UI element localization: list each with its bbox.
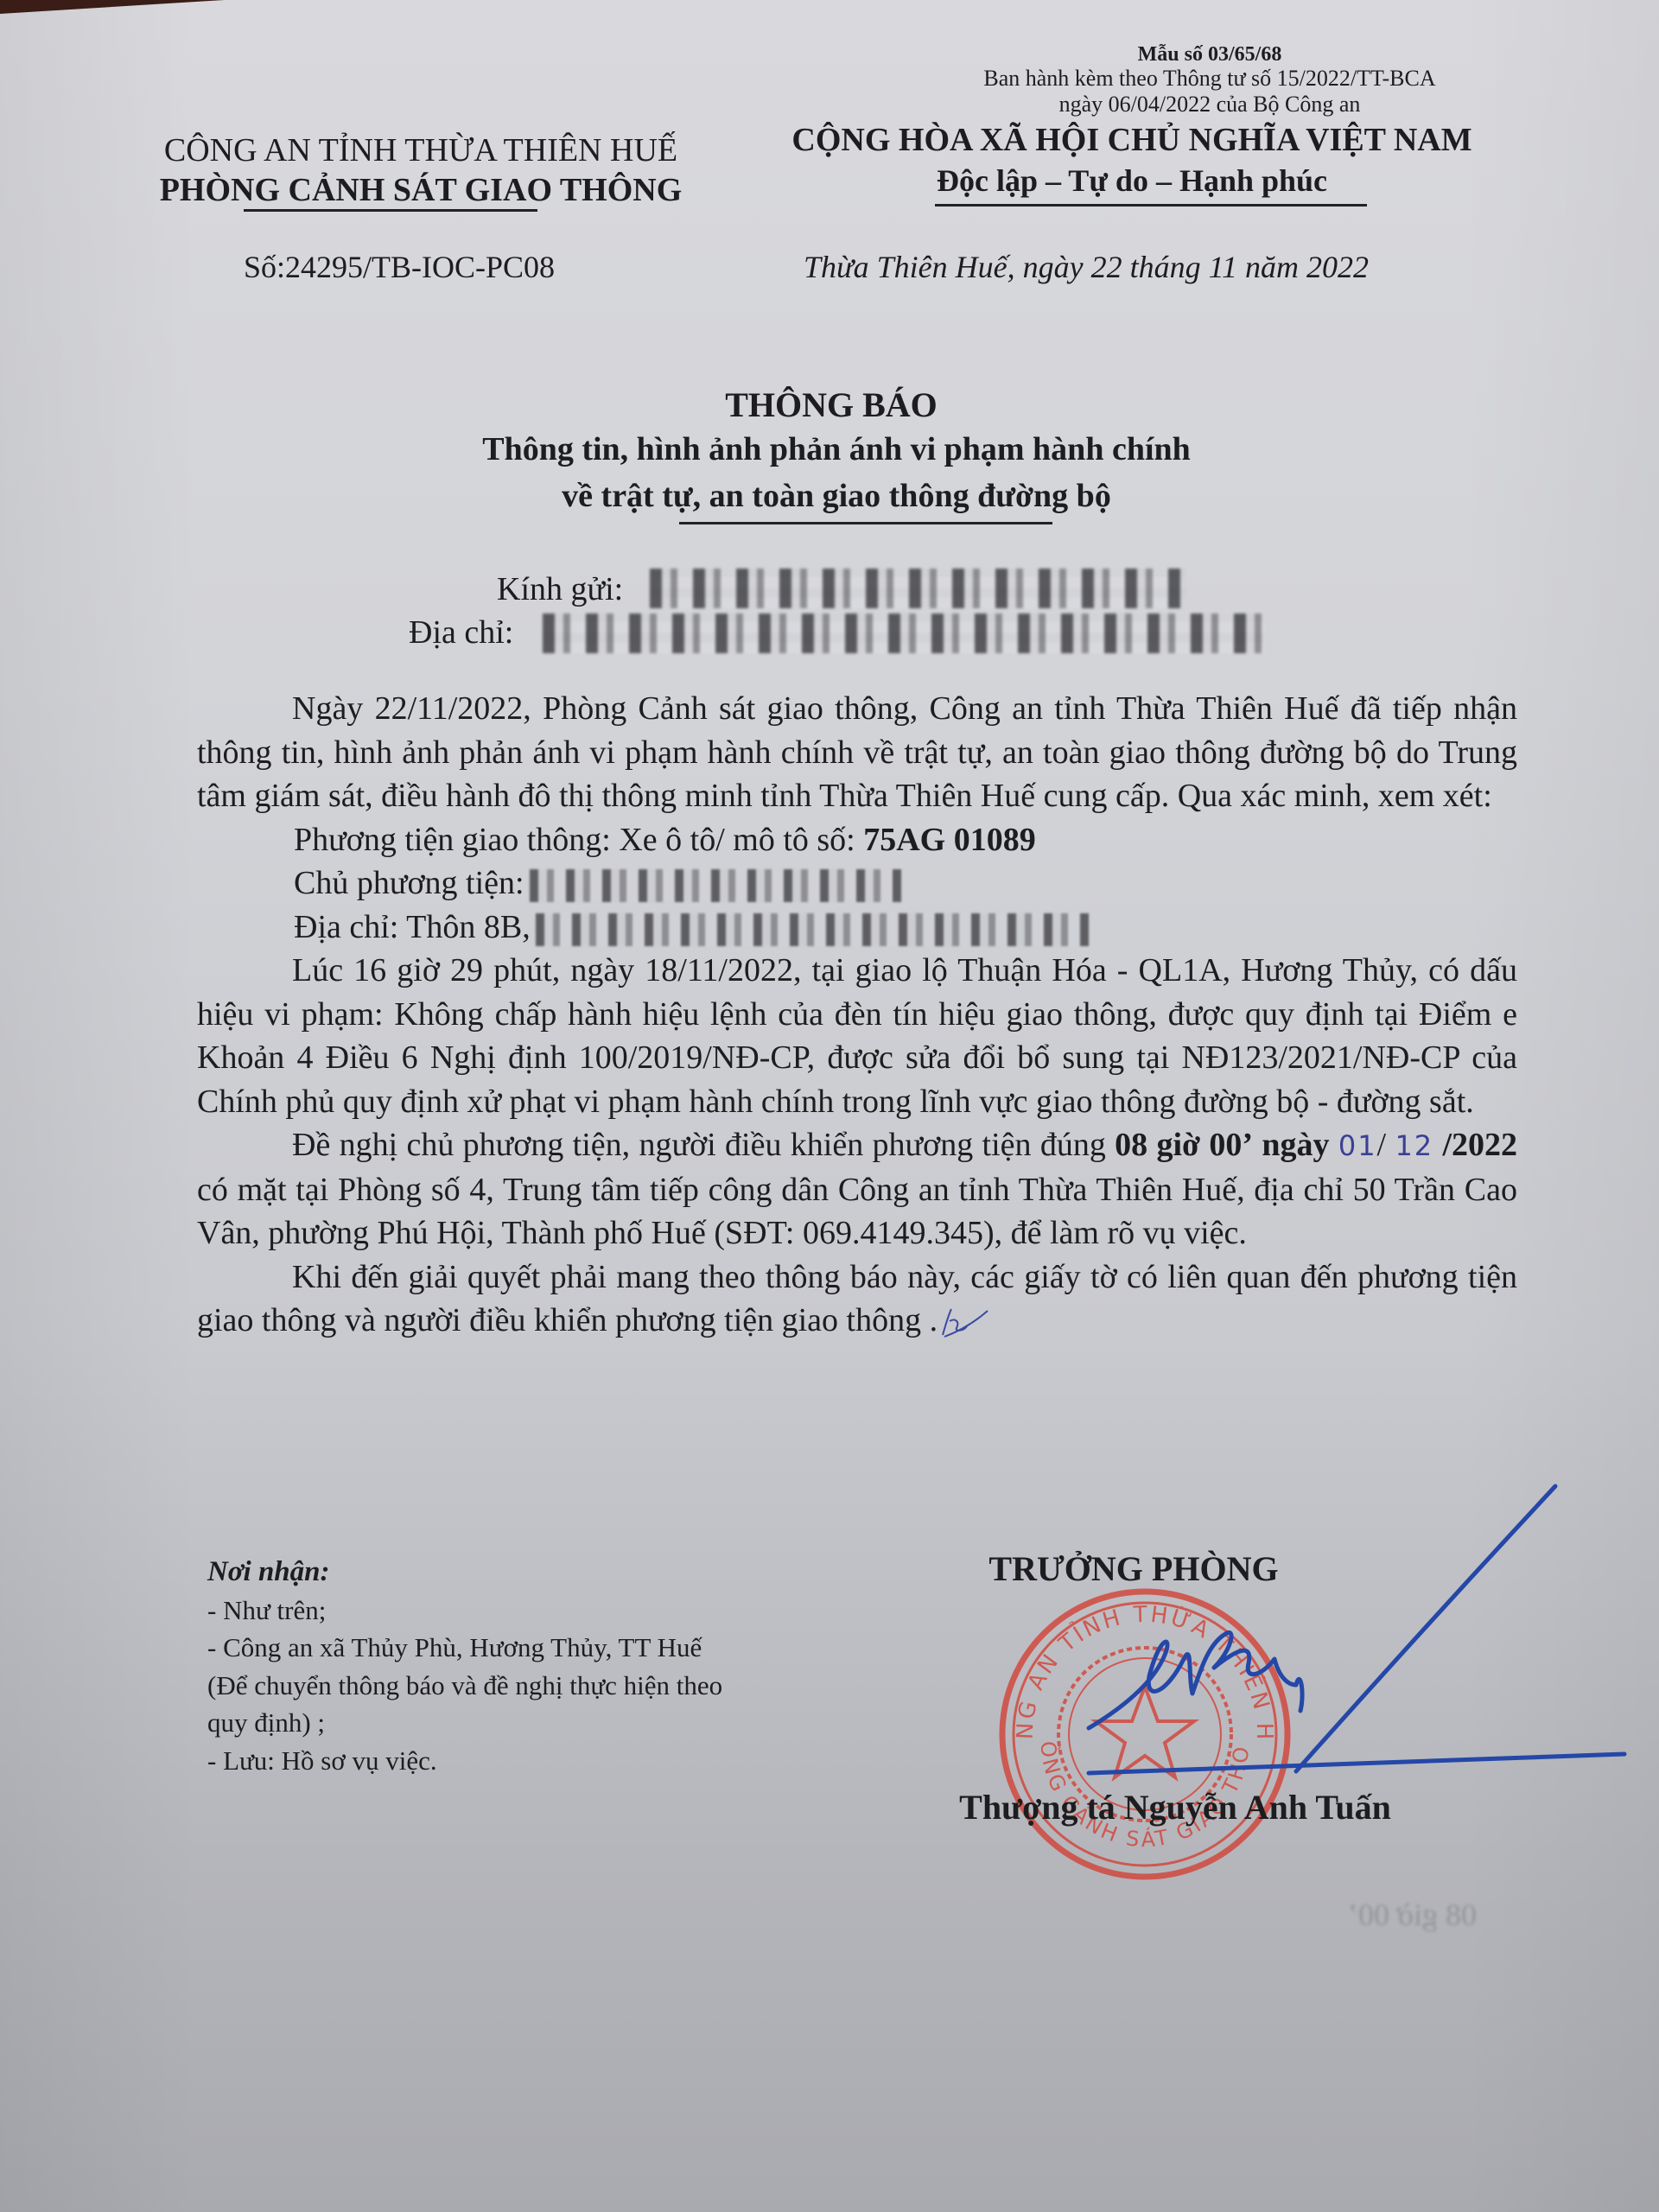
recipients-list: Nơi nhận: - Như trên; - Công an xã Thủy … <box>207 1554 722 1779</box>
title-underline <box>679 522 1052 524</box>
request-location: có mặt tại Phòng số 4, Trung tâm tiếp cô… <box>197 1172 1517 1252</box>
document-number: Số:24295/TB-IOC-PC08 <box>244 249 555 285</box>
recipient-item: - Như trên; <box>207 1592 722 1630</box>
violation-paragraph: Lúc 16 giờ 29 phút, ngày 18/11/2022, tại… <box>197 949 1517 1123</box>
notice-body: Ngày 22/11/2022, Phòng Cảnh sát giao thô… <box>197 687 1517 1343</box>
appointment-time: 08 giờ 00’ <box>1115 1127 1253 1163</box>
national-title: CỘNG HÒA XÃ HỘI CHỦ NGHĨA VIỆT NAM <box>791 121 1471 159</box>
recipient-label: Kính gửi: <box>497 570 623 608</box>
recipient-item: quy định) ; <box>207 1704 722 1742</box>
place-date: Thừa Thiên Huế, ngày 22 tháng 11 năm 202… <box>804 249 1369 285</box>
motto-underline <box>935 204 1367 207</box>
recipients-heading: Nơi nhận: <box>207 1554 722 1592</box>
agency-name: PHÒNG CẢNH SÁT GIAO THÔNG <box>160 171 683 209</box>
recipient-address-redacted <box>543 613 1264 653</box>
intro-paragraph: Ngày 22/11/2022, Phòng Cảnh sát giao thô… <box>197 687 1517 818</box>
closing-text: Khi đến giải quyết phải mang theo thông … <box>197 1259 1517 1339</box>
date-separator: / <box>1377 1127 1387 1163</box>
document-title: THÔNG BÁO <box>725 385 938 425</box>
recipient-address-label: Địa chỉ: <box>409 613 513 652</box>
form-number: Mẫu số 03/65/68 <box>1138 43 1282 67</box>
agency-parent: CÔNG AN TỈNH THỪA THIÊN HUẾ <box>164 131 677 169</box>
handwritten-day: 01 <box>1338 1129 1377 1162</box>
recipient-item: (Để chuyển thông báo và đề nghị thực hiệ… <box>207 1667 722 1705</box>
national-motto: Độc lập – Tự do – Hạnh phúc <box>937 162 1327 199</box>
owner-address-label: Địa chỉ: Thôn 8B, <box>294 909 531 945</box>
owner-address-line: Địa chỉ: Thôn 8B, <box>197 906 1517 950</box>
handwritten-signature-icon <box>1037 1469 1642 1832</box>
vehicle-label: Phương tiện giao thông: Xe ô tô/ mô tô s… <box>294 822 863 858</box>
owner-label: Chủ phương tiện: <box>294 865 524 901</box>
recipient-item: - Công an xã Thủy Phù, Hương Thủy, TT Hu… <box>207 1629 722 1667</box>
form-reference-line2: ngày 06/04/2022 của Bộ Công an <box>1059 92 1361 118</box>
closing-paragraph: Khi đến giải quyết phải mang theo thông … <box>197 1255 1517 1343</box>
vehicle-plate: 75AG 01089 <box>863 822 1036 858</box>
form-reference-line1: Ban hành kèm theo Thông tư số 15/2022/TT… <box>983 66 1435 92</box>
agency-underline <box>244 209 537 212</box>
request-paragraph: Đề nghị chủ phương tiện, người điều khiể… <box>197 1123 1517 1255</box>
document-subtitle-line1: Thông tin, hình ảnh phản ánh vi phạm hàn… <box>482 430 1191 468</box>
owner-address-redacted <box>536 913 1089 946</box>
request-text: Đề nghị chủ phương tiện, người điều khiể… <box>292 1127 1115 1163</box>
reverse-side-bleed-text: 08 giờ 00’ <box>1348 1897 1477 1933</box>
handwritten-month: 12 <box>1395 1129 1433 1162</box>
recipient-redacted <box>650 569 1185 608</box>
appointment-year: /2022 <box>1442 1127 1517 1163</box>
desk-edge <box>0 0 225 14</box>
recipient-item: - Lưu: Hồ sơ vụ việc. <box>207 1742 722 1780</box>
owner-line: Chủ phương tiện: <box>197 861 1517 906</box>
appointment-day-label: ngày <box>1262 1127 1329 1163</box>
owner-redacted <box>530 869 901 902</box>
vehicle-line: Phương tiện giao thông: Xe ô tô/ mô tô s… <box>197 818 1517 862</box>
initials-mark-icon <box>938 1306 989 1340</box>
document-subtitle-line2: về trật tự, an toàn giao thông đường bộ <box>562 477 1111 515</box>
